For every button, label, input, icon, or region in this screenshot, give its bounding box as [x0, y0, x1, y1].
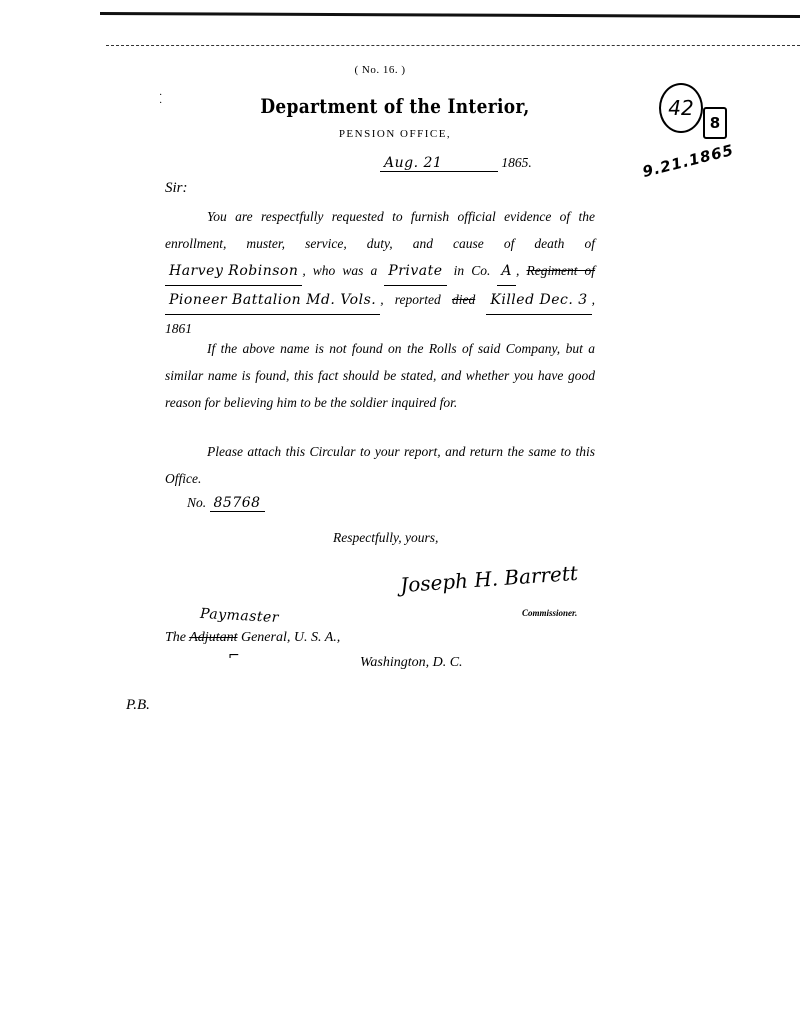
regiment-handwritten: Pioneer Battalion Md. Vols. [165, 287, 380, 315]
who-was-a-text: , who was a [302, 263, 377, 278]
addressee-correction: Paymaster [200, 606, 280, 626]
addressee-rest: General, U. S. A., [241, 630, 340, 645]
reference-number: No. 85768 [187, 495, 265, 512]
regiment-printed: Regiment of [526, 263, 595, 278]
reference-value: 85768 [210, 495, 265, 512]
similar-name-paragraph: If the above name is not found on the Ro… [165, 335, 595, 416]
closing: Respectfully, yours, [333, 530, 438, 546]
reported-text: reported [395, 292, 441, 307]
soldier-rank: Private [384, 258, 446, 286]
boxed-number: 8 [703, 107, 727, 139]
insertion-caret-mark: ⌐ [228, 648, 240, 664]
salutation: Sir: [165, 180, 188, 197]
request-paragraph: You are respectfully requested to furnis… [165, 203, 595, 342]
reported-struck: died [452, 292, 475, 307]
attach-circular-text: Please attach this Circular to your repo… [165, 444, 595, 486]
similar-name-text: If the above name is not found on the Ro… [165, 341, 595, 410]
date-handwritten: Aug. 21 [380, 155, 498, 172]
cause-of-death: Killed Dec. 3 [486, 287, 591, 315]
scan-divider [106, 45, 800, 46]
date-line: Aug. 21 1865. [380, 155, 532, 172]
in-co-text: in Co. [454, 263, 491, 278]
addressee-struck: Adjutant [189, 630, 237, 645]
margin-date-annotation: 9.21.1865 [641, 141, 736, 181]
addressee: The Adjutant General, U. S. A., [165, 630, 340, 646]
attach-circular-paragraph: Please attach this Circular to your repo… [165, 438, 595, 492]
form-number: ( No. 16. ) [0, 64, 760, 76]
circled-page-number: 42 [659, 83, 703, 133]
reference-label: No. [187, 495, 206, 510]
company-letter: A [497, 258, 516, 286]
signature-title: Commissioner. [522, 608, 577, 618]
date-year: 1865. [501, 155, 531, 170]
addressee-location: Washington, D. C. [360, 655, 463, 671]
scan-top-border [100, 12, 800, 18]
addressee-the: The [165, 630, 186, 645]
signature: Joseph H. Barrett [399, 561, 578, 597]
clerk-initials: P.B. [126, 697, 150, 714]
soldier-name: Harvey Robinson [165, 258, 302, 286]
request-text: You are respectfully requested to furnis… [165, 209, 595, 251]
